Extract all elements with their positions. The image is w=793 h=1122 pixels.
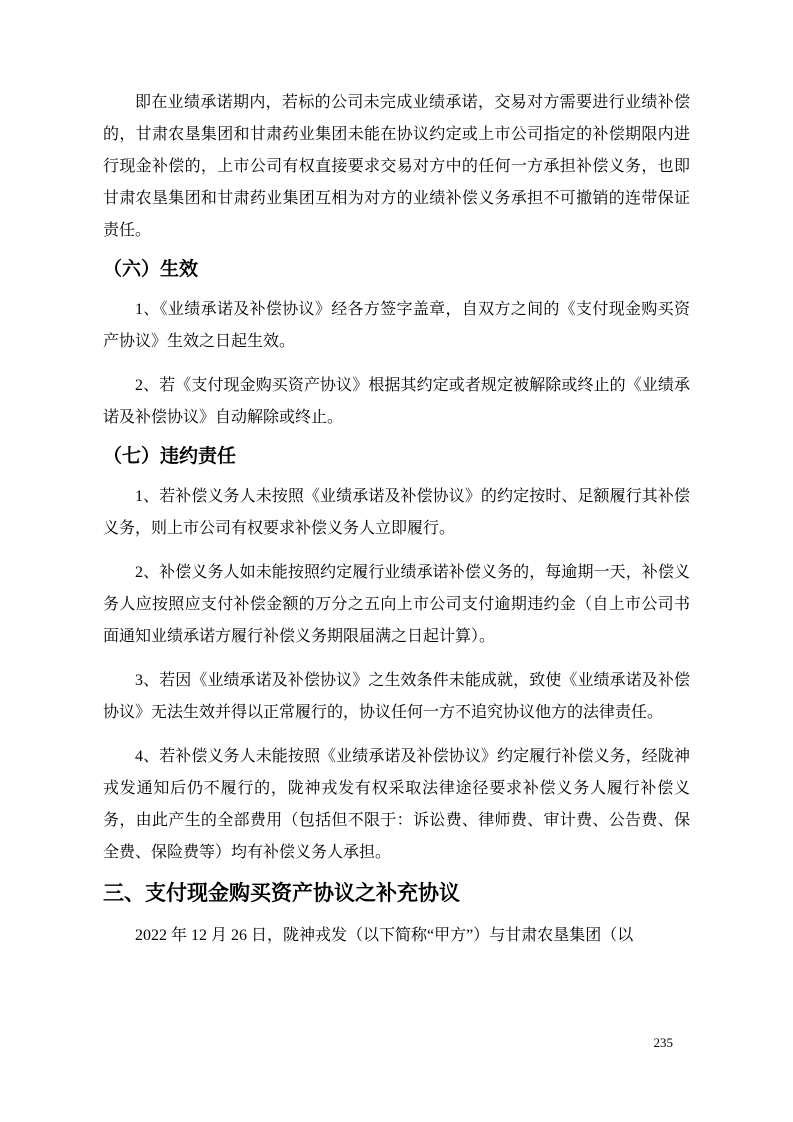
- document-page: 即在业绩承诺期内，若标的公司未完成业绩承诺，交易对方需要进行业绩补偿的，甘肃农垦…: [0, 0, 793, 1122]
- section-7-clause-4: 4、若补偿义务人未能按照《业绩承诺及补偿协议》约定履行补偿义务，经陇神戎发通知后…: [103, 741, 690, 869]
- section-6-clause-2: 2、若《支付现金购买资产协议》根据其约定或者规定被解除或终止的《业绩承诺及补偿协…: [103, 370, 690, 434]
- intro-paragraph: 即在业绩承诺期内，若标的公司未完成业绩承诺，交易对方需要进行业绩补偿的，甘肃农垦…: [103, 87, 690, 247]
- chapter-3-heading: 三、支付现金购买资产协议之补充协议: [103, 881, 690, 906]
- section-7-clause-3: 3、若因《业绩承诺及补偿协议》之生效条件未能成就，致使《业绩承诺及补偿协议》无法…: [103, 665, 690, 729]
- section-6-clause-1: 1、《业绩承诺及补偿协议》经各方签字盖章，自双方之间的《支付现金购买资产协议》生…: [103, 294, 690, 358]
- section-7-heading: （七）违约责任: [103, 446, 690, 469]
- section-6-heading: （六）生效: [103, 259, 690, 282]
- page-content: 即在业绩承诺期内，若标的公司未完成业绩承诺，交易对方需要进行业绩补偿的，甘肃农垦…: [103, 87, 690, 964]
- section-7-clause-1: 1、若补偿义务人未按照《业绩承诺及补偿协议》的约定按时、足额履行其补偿义务，则上…: [103, 481, 690, 545]
- page-number: 235: [654, 1036, 674, 1049]
- section-7-clause-2: 2、补偿义务人如未能按照约定履行业绩承诺补偿义务的，每逾期一天，补偿义务人应按照…: [103, 557, 690, 653]
- closing-paragraph: 2022 年 12 月 26 日，陇神戎发（以下简称“甲方”）与甘肃农垦集团（以: [103, 920, 690, 952]
